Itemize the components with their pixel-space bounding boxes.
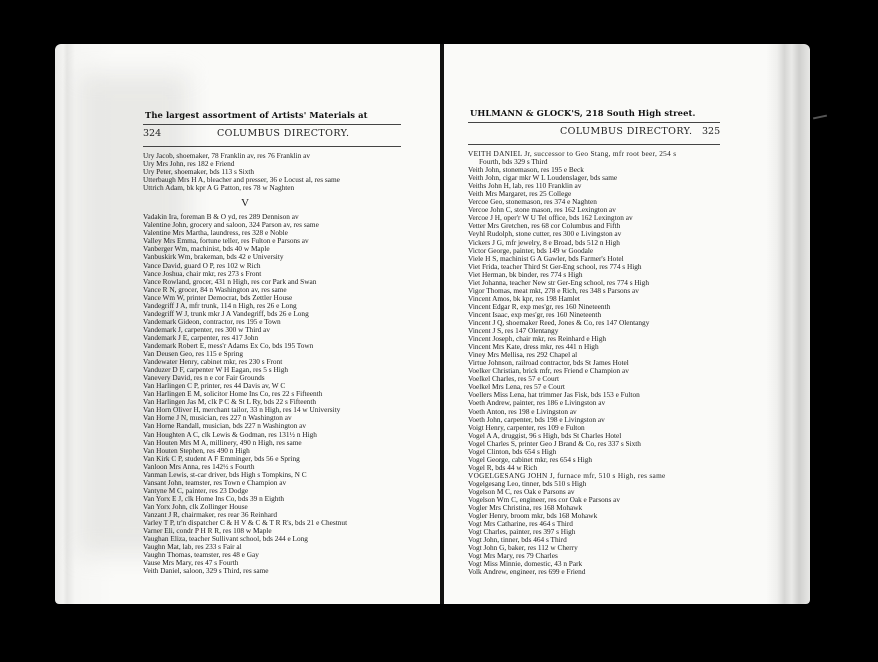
running-advertisement: The largest assortment of Artists' Mater… [145, 110, 368, 120]
page-number: 325 [702, 126, 720, 137]
directory-entry: Volk Andrew, engineer, res 699 e Friend [468, 568, 676, 576]
left-page: The largest assortment of Artists' Mater… [55, 44, 440, 604]
header-rule-top [143, 124, 401, 125]
page-title: COLUMBUS DIRECTORY. [560, 126, 692, 137]
directory-entries: VEITH DANIEL Jr, successor to Geo Stang,… [468, 150, 676, 576]
running-advertisement: UHLMANN & GLOCK'S, 218 South High street… [470, 108, 696, 118]
header-rule-bottom [143, 146, 401, 147]
page-edge-mark [813, 115, 827, 120]
directory-entry: Uttrich Adam, bk kpr A G Patton, res 78 … [143, 184, 347, 192]
open-book-scan: The largest assortment of Artists' Mater… [55, 44, 823, 604]
page-number: 324 [143, 128, 161, 139]
section-letter: V [143, 195, 347, 211]
header-rule-top [468, 122, 720, 123]
right-page: UHLMANN & GLOCK'S, 218 South High street… [444, 44, 810, 604]
directory-entry: Veith Daniel, saloon, 329 s Third, res s… [143, 567, 347, 575]
header-rule-bottom [468, 144, 720, 145]
directory-entries: Ury Jacob, shoemaker, 78 Franklin av, re… [143, 152, 347, 575]
page-title: COLUMBUS DIRECTORY. [217, 128, 349, 139]
